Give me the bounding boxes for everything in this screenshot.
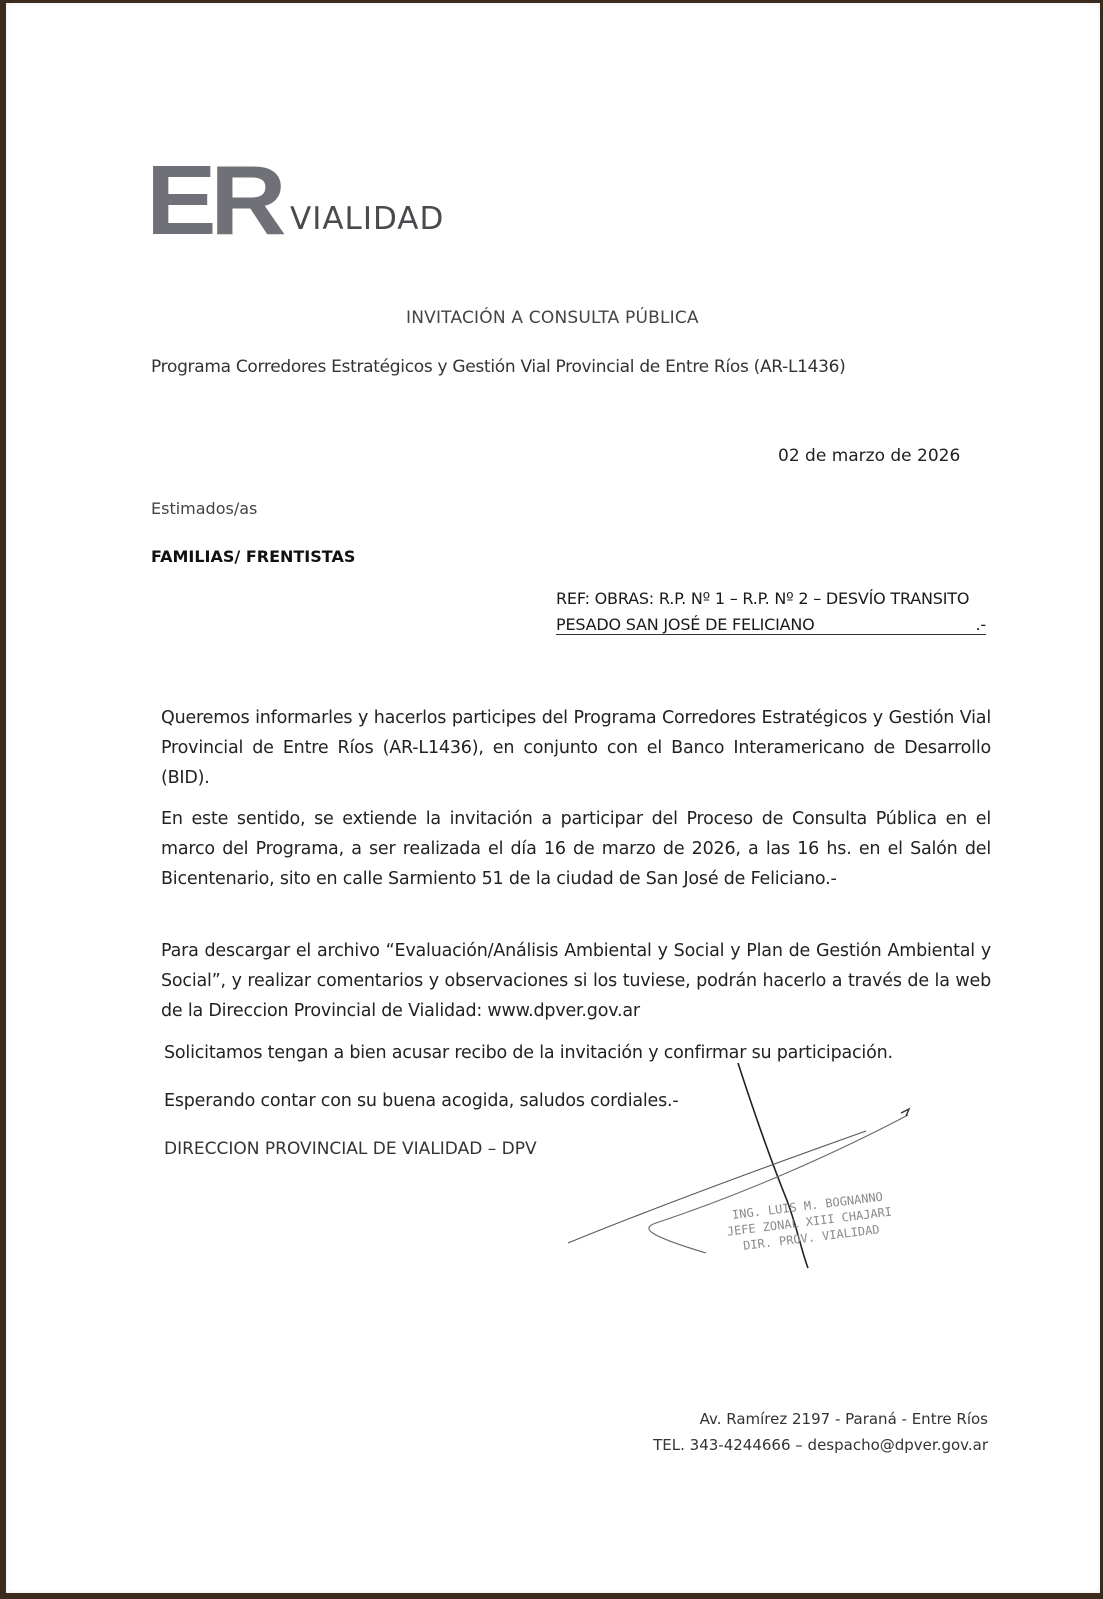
body-paragraph: En este sentido, se extiende la invitaci… — [161, 804, 991, 894]
program-title: Programa Corredores Estratégicos y Gesti… — [151, 357, 846, 377]
reference-line-2-end: .- — [976, 615, 986, 634]
reference-line-2: PESADO SAN JOSÉ DE FELICIANO .- — [556, 615, 986, 635]
signatory-organization: DIRECCION PROVINCIAL DE VIALIDAD – DPV — [164, 1139, 537, 1159]
body-paragraph: Para descargar el archivo “Evaluación/An… — [161, 936, 991, 1026]
recipient: FAMILIAS/ FRENTISTAS — [151, 547, 355, 566]
letter-date: 02 de marzo de 2026 — [778, 446, 960, 466]
logo-text: VIALIDAD — [290, 201, 444, 237]
salutation: Estimados/as — [151, 499, 257, 518]
letter-page: ER VIALIDAD INVITACIÓN A CONSULTA PÚBLIC… — [6, 3, 1100, 1593]
reference-line-2-text: PESADO SAN JOSÉ DE FELICIANO — [556, 615, 815, 634]
footer-contact: TEL. 343-4244666 – despacho@dpver.gov.ar — [653, 1436, 988, 1454]
er-logo-mark: ER — [146, 155, 280, 245]
body-paragraph: Queremos informarles y hacerlos particip… — [161, 703, 991, 793]
footer-address: Av. Ramírez 2197 - Paraná - Entre Ríos — [700, 1410, 988, 1428]
document-heading: INVITACIÓN A CONSULTA PÚBLICA — [406, 308, 699, 328]
reference-line-1: REF: OBRAS: R.P. Nº 1 – R.P. Nº 2 – DESV… — [556, 589, 969, 608]
